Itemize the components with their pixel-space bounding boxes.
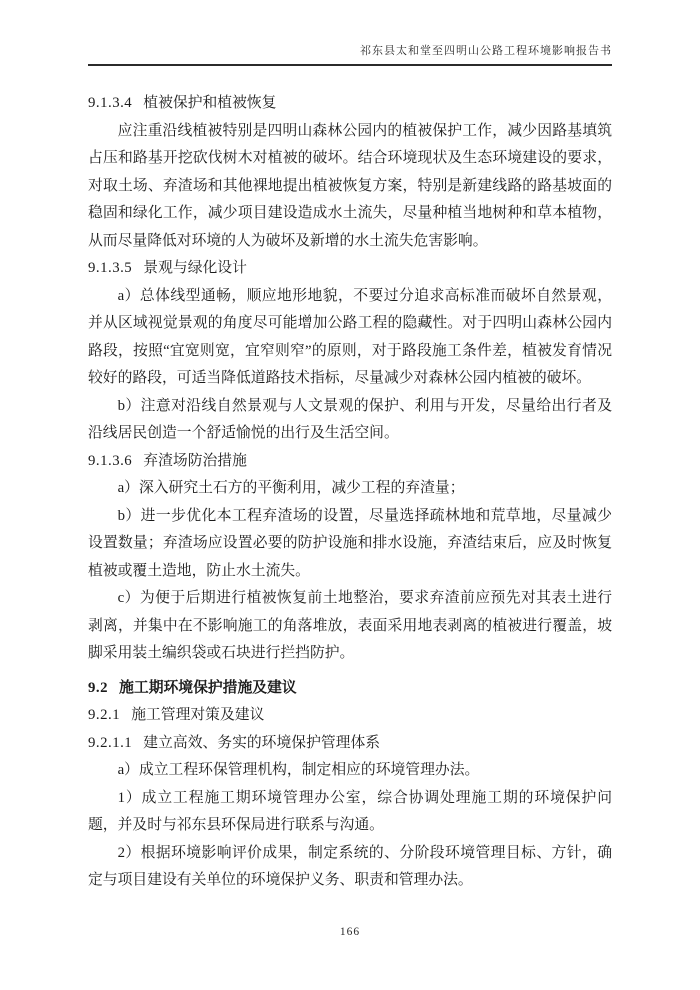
paragraph-landscape-b: b）注意对沿线自然景观与人文景观的保护、利用与开发，尽量给出行者及沿线居民创造一…: [88, 393, 612, 448]
section-number: 9.1.3.5: [88, 255, 132, 283]
section-heading-9-1-3-5: 9.1.3.5景观与绿化设计: [88, 255, 612, 283]
paragraph-spoil-c: c）为便于后期进行植被恢复前土地整治，要求弃渣前应预先对其表土进行剥离，并集中在…: [88, 585, 612, 668]
header-title: 祁东县太和堂至四明山公路工程环境影响报告书: [360, 45, 612, 57]
section-heading-9-1-3-6: 9.1.3.6弃渣场防治措施: [88, 448, 612, 476]
section-number: 9.2.1.1: [88, 730, 132, 758]
section-heading-9-2-1: 9.2.1施工管理对策及建议: [88, 702, 612, 730]
paragraph-management-1: 1）成立工程施工期环境管理办公室，综合协调处理施工期的环境保护问题，并及时与祁东…: [88, 785, 612, 840]
section-title: 植被保护和植被恢复: [143, 95, 276, 111]
section-number: 9.1.3.4: [88, 90, 132, 118]
paragraph-landscape-a: a）总体线型通畅，顺应地形地貌，不要过分追求高标准而破坏自然景观，并从区域视觉景…: [88, 283, 612, 393]
section-title: 弃渣场防治措施: [143, 453, 247, 469]
section-title: 施工管理对策及建议: [131, 707, 264, 723]
page-footer: 166: [0, 926, 700, 938]
section-heading-9-2: 9.2施工期环境保护措施及建议: [88, 675, 612, 703]
section-title: 施工期环境保护措施及建议: [119, 680, 297, 696]
page-number: 166: [340, 926, 360, 938]
section-number: 9.2: [88, 675, 108, 703]
section-number: 9.1.3.6: [88, 448, 132, 476]
document-content: 9.1.3.4植被保护和植被恢复 应注重沿线植被特别是四明山森林公园内的植被保护…: [88, 90, 612, 895]
document-page: 祁东县太和堂至四明山公路工程环境影响报告书 9.1.3.4植被保护和植被恢复 应…: [0, 0, 700, 990]
section-heading-9-2-1-1: 9.2.1.1建立高效、务实的环境保护管理体系: [88, 730, 612, 758]
section-title: 景观与绿化设计: [143, 260, 247, 276]
paragraph-spoil-a: a）深入研究土石方的平衡利用，减少工程的弃渣量；: [88, 475, 612, 503]
paragraph-management-a: a）成立工程环保管理机构，制定相应的环境管理办法。: [88, 757, 612, 785]
paragraph-spoil-b: b）进一步优化本工程弃渣场的设置，尽量选择疏林地和荒草地，尽量减少设置数量；弃渣…: [88, 503, 612, 586]
section-title: 建立高效、务实的环境保护管理体系: [143, 735, 380, 751]
section-heading-9-1-3-4: 9.1.3.4植被保护和植被恢复: [88, 90, 612, 118]
paragraph-vegetation-protection: 应注重沿线植被特别是四明山森林公园内的植被保护工作，减少因路基填筑占压和路基开挖…: [88, 118, 612, 256]
paragraph-management-2: 2）根据环境影响评价成果，制定系统的、分阶段环境管理目标、方针，确定与项目建设有…: [88, 840, 612, 895]
page-header: 祁东县太和堂至四明山公路工程环境影响报告书: [88, 42, 612, 66]
section-number: 9.2.1: [88, 702, 120, 730]
